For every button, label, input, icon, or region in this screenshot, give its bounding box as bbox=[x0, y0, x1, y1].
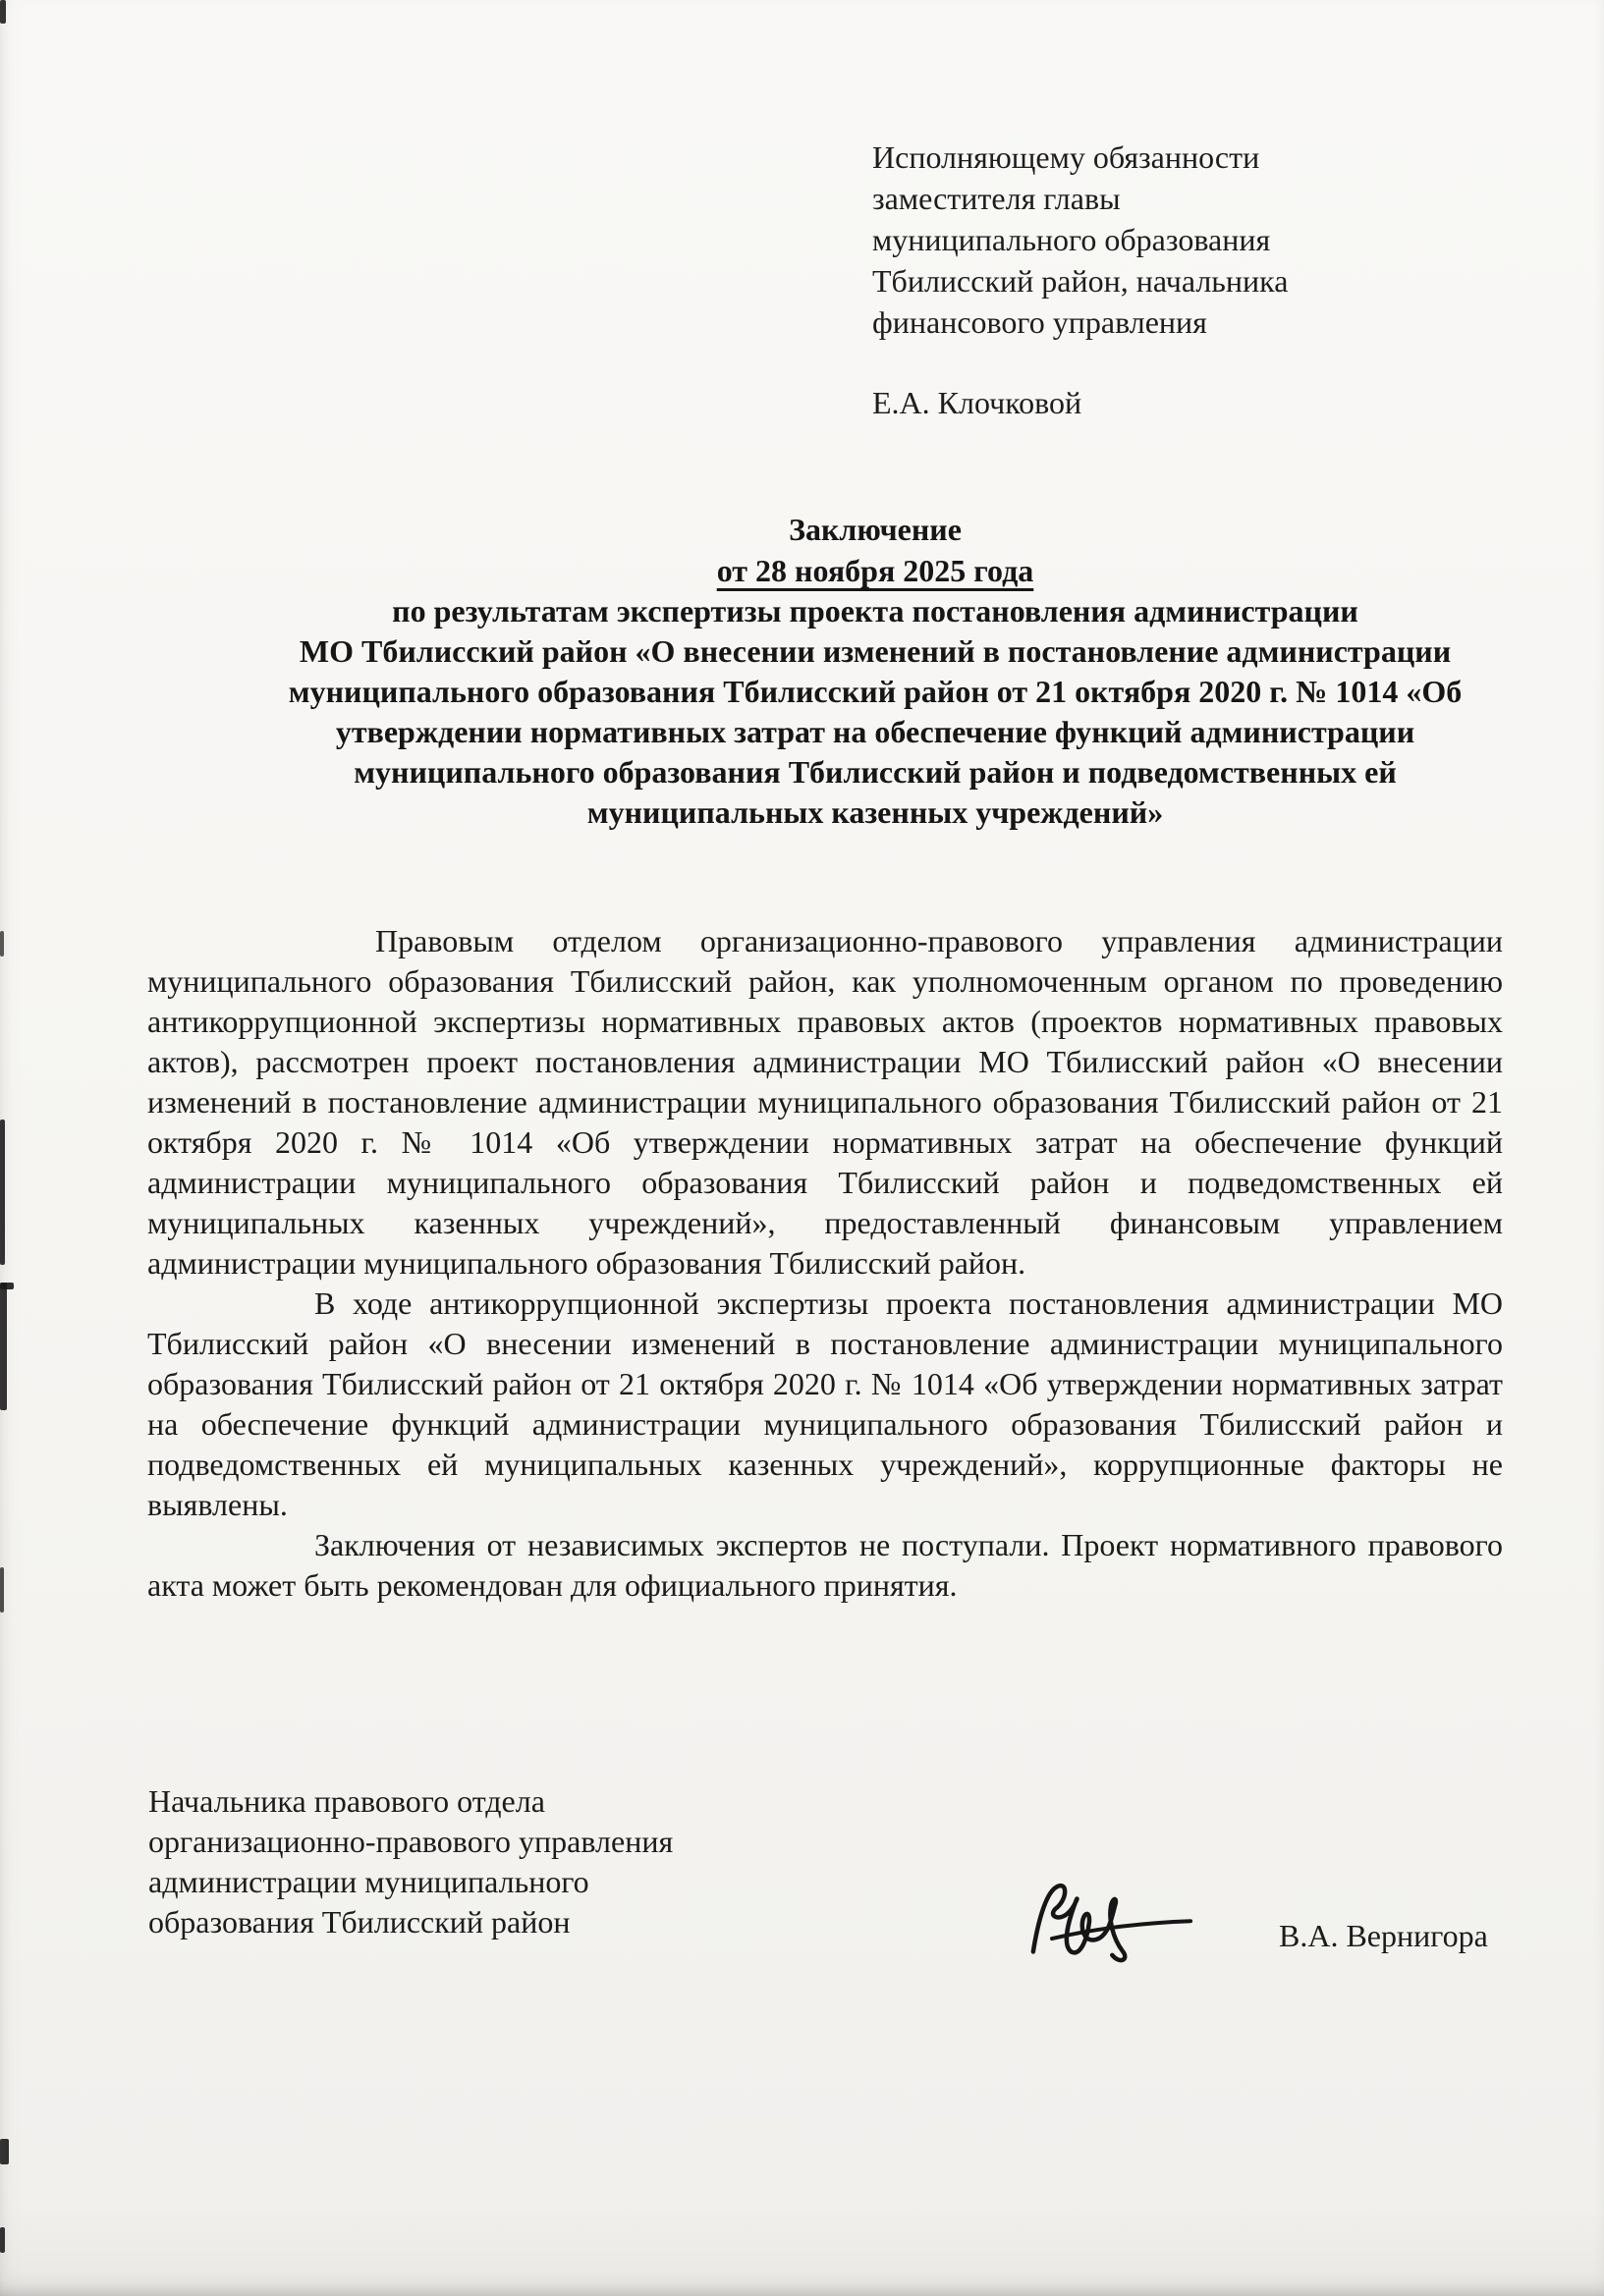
body-paragraph: В ходе антикоррупционной экспертизы прое… bbox=[147, 1284, 1503, 1525]
scan-artifact bbox=[0, 1283, 7, 1410]
signatory-position-line: администрации муниципального bbox=[148, 1862, 777, 1902]
scan-artifact bbox=[0, 0, 6, 24]
scan-artifact bbox=[0, 1120, 5, 1265]
signatory-name: В.А. Вернигора bbox=[1279, 1916, 1488, 1956]
document-date: от 28 ноября 2025 года bbox=[147, 550, 1603, 591]
subject-line: утверждении нормативных затрат на обеспе… bbox=[147, 712, 1603, 752]
subject-line: муниципального образования Тбилисский ра… bbox=[147, 672, 1603, 712]
subject-line: муниципального образования Тбилисский ра… bbox=[147, 752, 1603, 793]
body-paragraph: Правовым отделом организационно-правовог… bbox=[147, 921, 1503, 1284]
scan-artifact bbox=[0, 2227, 5, 2253]
addressee-line: заместителя главы bbox=[872, 178, 1334, 219]
signatory-position-line: Начальника правового отдела bbox=[148, 1781, 777, 1822]
addressee-line: Тбилисский район, начальника bbox=[872, 260, 1334, 301]
subject-line: муниципальных казенных учреждений» bbox=[147, 793, 1603, 833]
addressee-block: Исполняющему обязанности заместителя гла… bbox=[872, 137, 1334, 423]
document-body: Правовым отделом организационно-правовог… bbox=[147, 921, 1503, 1606]
addressee-line: финансового управления bbox=[872, 301, 1334, 343]
addressee-line: Исполняющему обязанности bbox=[872, 137, 1334, 178]
signatory-position-line: образования Тбилисский район bbox=[148, 1902, 777, 1942]
subject-line: по результатам экспертизы проекта постан… bbox=[147, 591, 1603, 631]
addressee-line: муниципального образования bbox=[872, 219, 1334, 260]
document-title: Заключение bbox=[147, 509, 1603, 550]
scan-artifact bbox=[0, 1283, 14, 1289]
signatory-position-line: организационно-правового управления bbox=[148, 1822, 777, 1862]
body-paragraph: Заключения от независимых экспертов не п… bbox=[147, 1525, 1503, 1606]
signatory-block: Начальника правового отдела организацион… bbox=[148, 1781, 777, 1942]
scan-artifact bbox=[0, 2139, 9, 2164]
title-block: Заключение от 28 ноября 2025 года по рез… bbox=[147, 509, 1603, 833]
scanned-document-page: Исполняющему обязанности заместителя гла… bbox=[0, 0, 1604, 2296]
handwritten-signature bbox=[1015, 1868, 1204, 1979]
recipient-name: Е.А. Клочковой bbox=[872, 382, 1334, 423]
subject-line: МО Тбилисский район «О внесении изменени… bbox=[147, 631, 1603, 672]
scan-artifact bbox=[0, 931, 4, 957]
scan-artifact bbox=[0, 1567, 4, 1613]
